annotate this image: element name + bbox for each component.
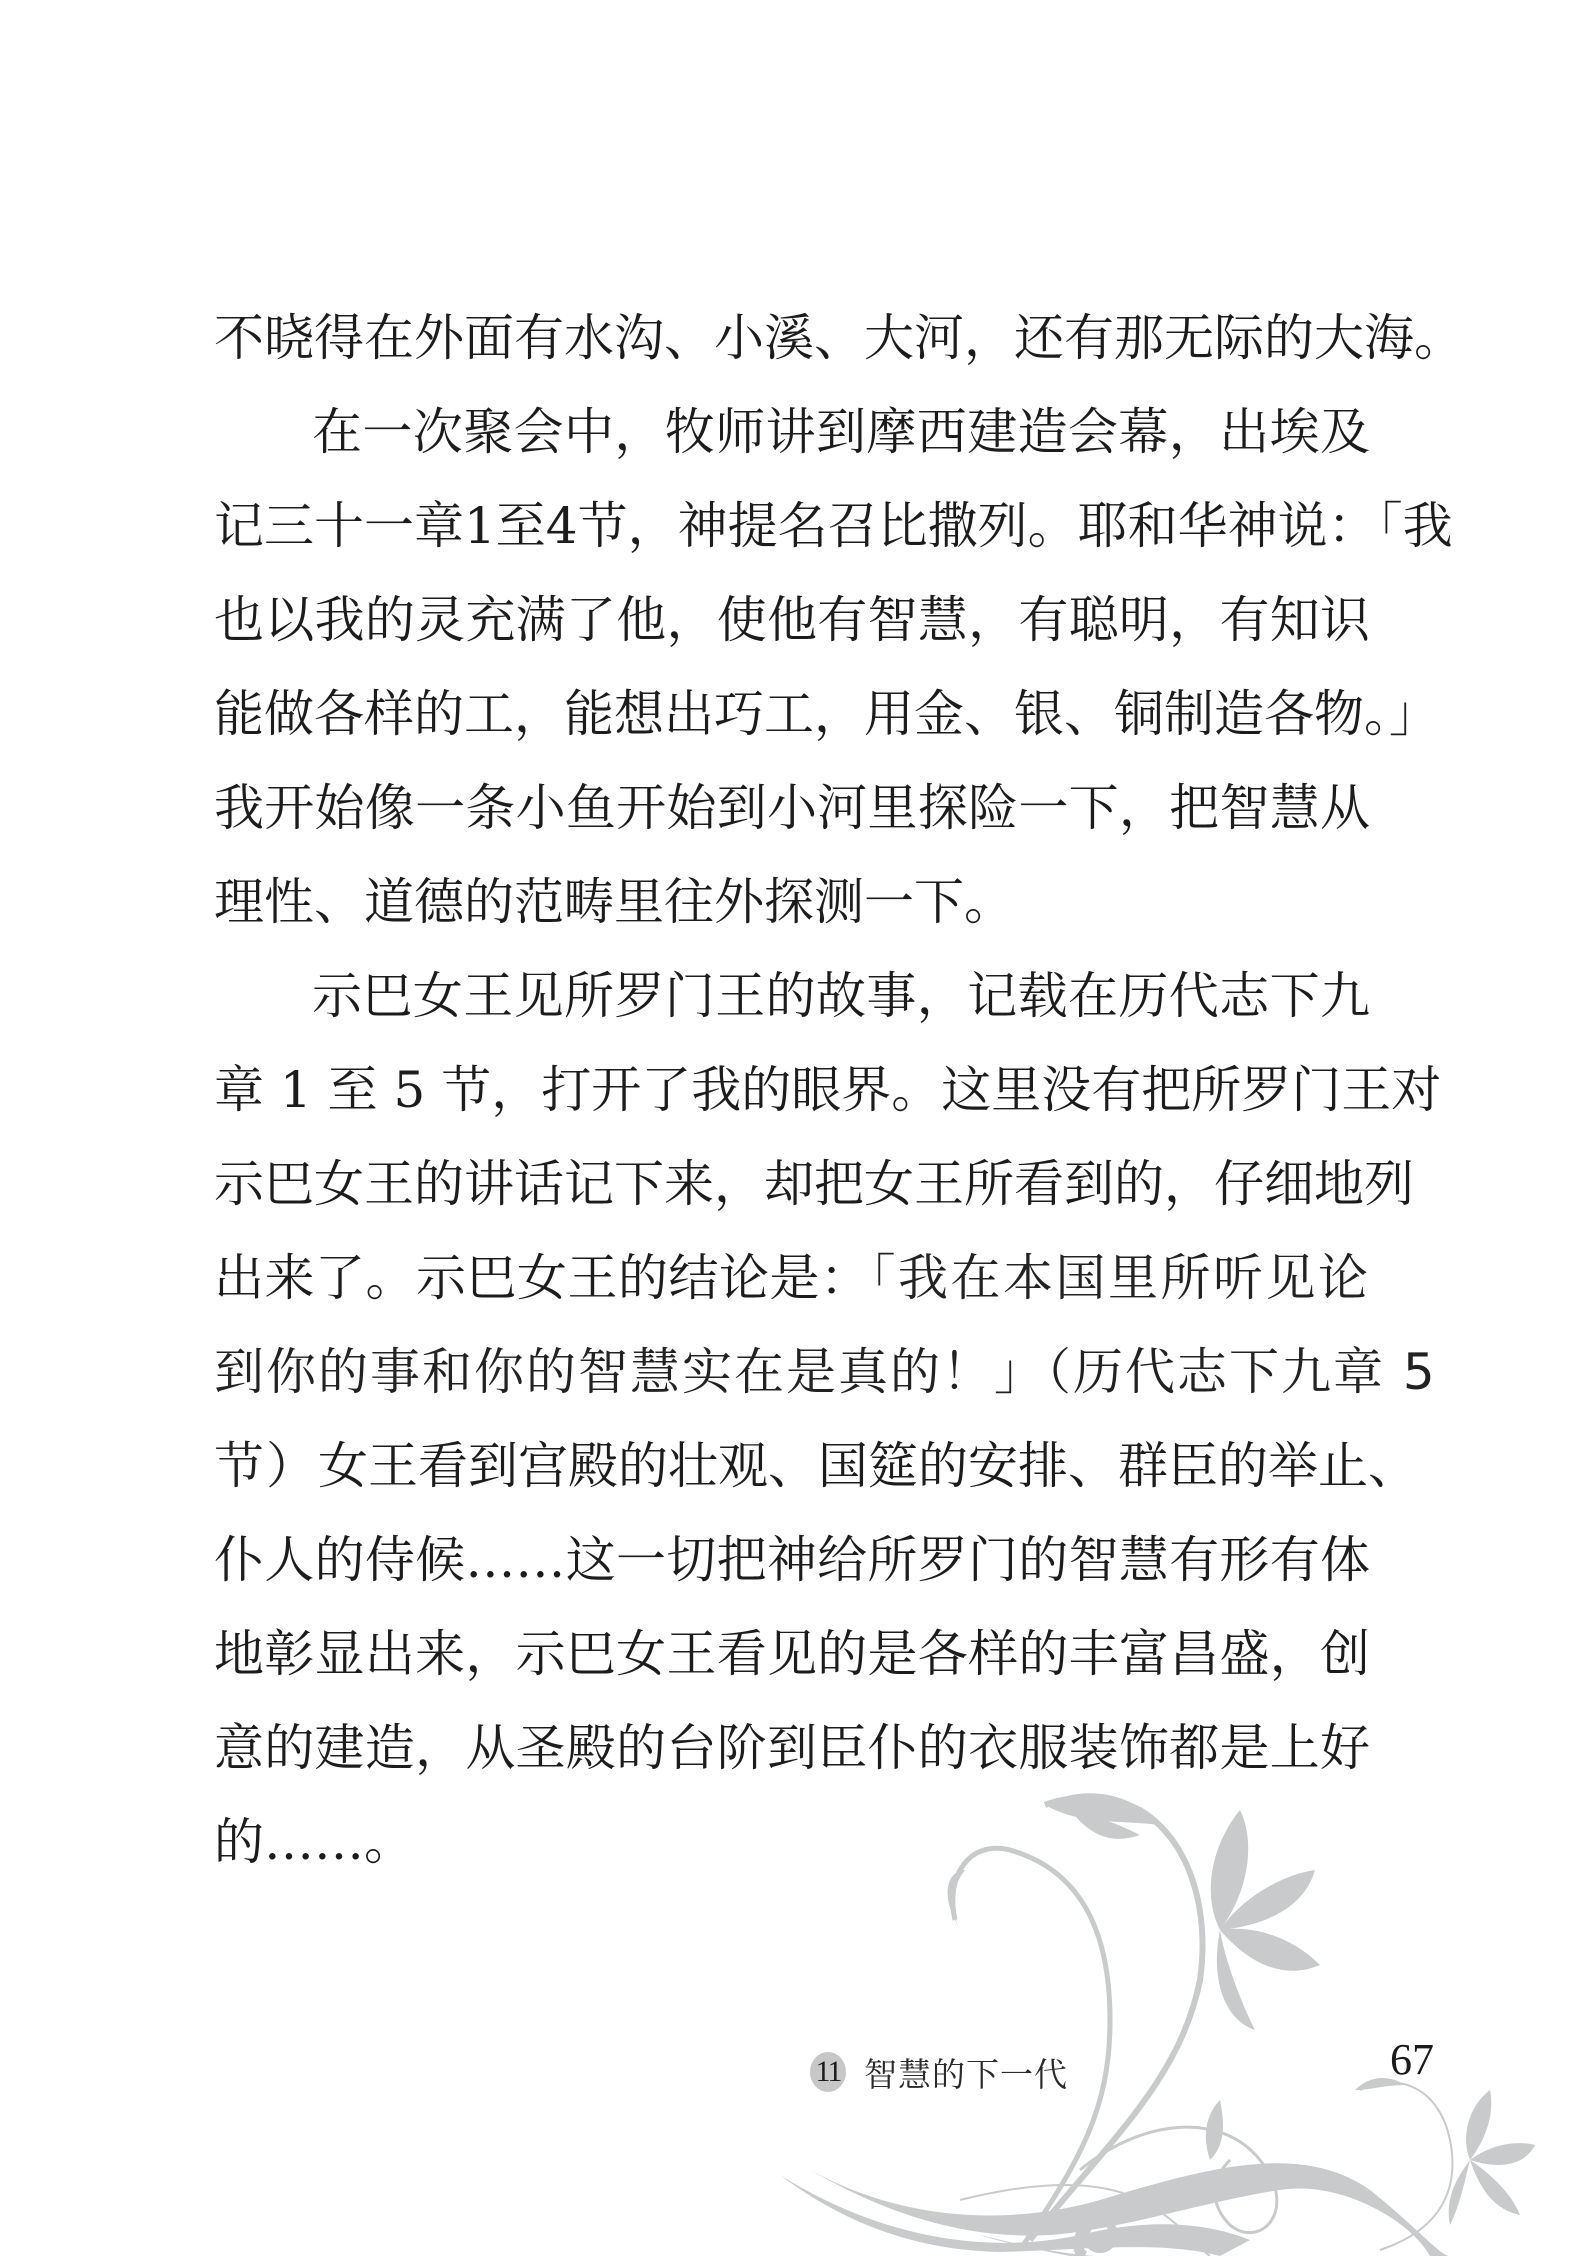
text-line: 出来了。示巴女王的结论是：「我在本国里所听见论 <box>214 1248 1370 1308</box>
text-line: 理性、道德的范畴里往外探测一下。 <box>214 872 1370 932</box>
text-segment: 在一次聚会中，牧师讲到摩西建造会幕，出埃及 <box>312 403 1370 461</box>
text-segment: 我开始像一条小鱼开始到小河里探险一下，把智慧从 <box>214 779 1370 837</box>
running-footer: 11 智慧的下一代 <box>810 2050 1068 2094</box>
text-line: 到你的事和你的智慧实在是真的！」（历代志下九章 5 <box>214 1342 1370 1402</box>
text-line: 记三十一章1至4节，神提名召比撒列。耶和华神说：「我 <box>214 496 1370 556</box>
text-line: 不晓得在外面有水沟、小溪、大河，还有那无际的大海。 <box>214 308 1370 368</box>
text-line: 示巴女王的讲话记下来，却把女王所看到的，仔细地列 <box>214 1154 1370 1214</box>
text-line: 示巴女王见所罗门王的故事，记载在历代志下九 <box>214 966 1370 1026</box>
text-segment: 记三十一章1至4节，神提名召比撒列。耶和华神说：「我 <box>214 497 1453 555</box>
text-segment: 示巴女王见所罗门王的故事，记载在历代志下九 <box>312 967 1370 1025</box>
quoted-text-segment: 节） <box>214 1437 318 1495</box>
text-segment: 地彰显出来，示巴女王看见的是各样的丰富昌盛，创 <box>214 1625 1370 1683</box>
text-segment: 能做各样的工，能想出巧工，用金、银、铜制造各物。」 <box>214 685 1439 743</box>
chapter-title: 智慧的下一代 <box>864 2049 1068 2096</box>
text-line: 的……。 <box>214 1812 1370 1872</box>
text-segment: 的……。 <box>214 1813 414 1871</box>
text-line: 能做各样的工，能想出巧工，用金、银、铜制造各物。」 <box>214 684 1370 744</box>
text-line: 在一次聚会中，牧师讲到摩西建造会幕，出埃及 <box>214 402 1370 462</box>
text-line: 仆人的侍候……这一切把神给所罗门的智慧有形有体 <box>214 1530 1370 1590</box>
text-line: 章 1 至 5 节，打开了我的眼界。这里没有把所罗门王对 <box>214 1060 1370 1120</box>
text-segment: 示巴女王的讲话记下来，却把女王所看到的，仔细地列 <box>214 1155 1414 1213</box>
text-line: 地彰显出来，示巴女王看见的是各样的丰富昌盛，创 <box>214 1624 1370 1684</box>
text-segment: 也以我的灵充满了他，使他有智慧，有聪明，有知识 <box>214 591 1370 649</box>
text-line: 我开始像一条小鱼开始到小河里探险一下，把智慧从 <box>214 778 1370 838</box>
text-line: 意的建造，从圣殿的台阶到臣仆的衣服装饰都是上好 <box>214 1718 1370 1778</box>
book-page: 不晓得在外面有水沟、小溪、大河，还有那无际的大海。在一次聚会中，牧师讲到摩西建造… <box>0 0 1571 2256</box>
text-segment: 女王看到宫殿的壮观、国筵的安排、群臣的举止、 <box>318 1437 1418 1495</box>
text-line: 也以我的灵充满了他，使他有智慧，有聪明，有知识 <box>214 590 1370 650</box>
chapter-number-badge: 11 <box>810 2052 846 2092</box>
text-segment: 不晓得在外面有水沟、小溪、大河，还有那无际的大海。 <box>214 309 1464 367</box>
text-line: 节）女王看到宫殿的壮观、国筵的安排、群臣的举止、 <box>214 1436 1370 1496</box>
text-segment: 意的建造，从圣殿的台阶到臣仆的衣服装饰都是上好 <box>214 1719 1370 1777</box>
text-segment: 仆人的侍候……这一切把神给所罗门的智慧有形有体 <box>214 1531 1370 1589</box>
page-number: 67 <box>1390 2034 1434 2085</box>
text-segment: 章 1 至 5 节，打开了我的眼界。这里没有把所罗门王对 <box>214 1061 1441 1119</box>
quoted-text-segment: 「我在本国里所听见论 <box>871 1249 1371 1307</box>
text-segment: 理性、道德的范畴里往外探测一下。 <box>214 873 1014 931</box>
quoted-text-segment: 到你的事和你的智慧实在是真的！」（历代志下九章 5 <box>214 1343 1437 1401</box>
text-segment: 出来了。示巴女王的结论是： <box>214 1249 871 1307</box>
